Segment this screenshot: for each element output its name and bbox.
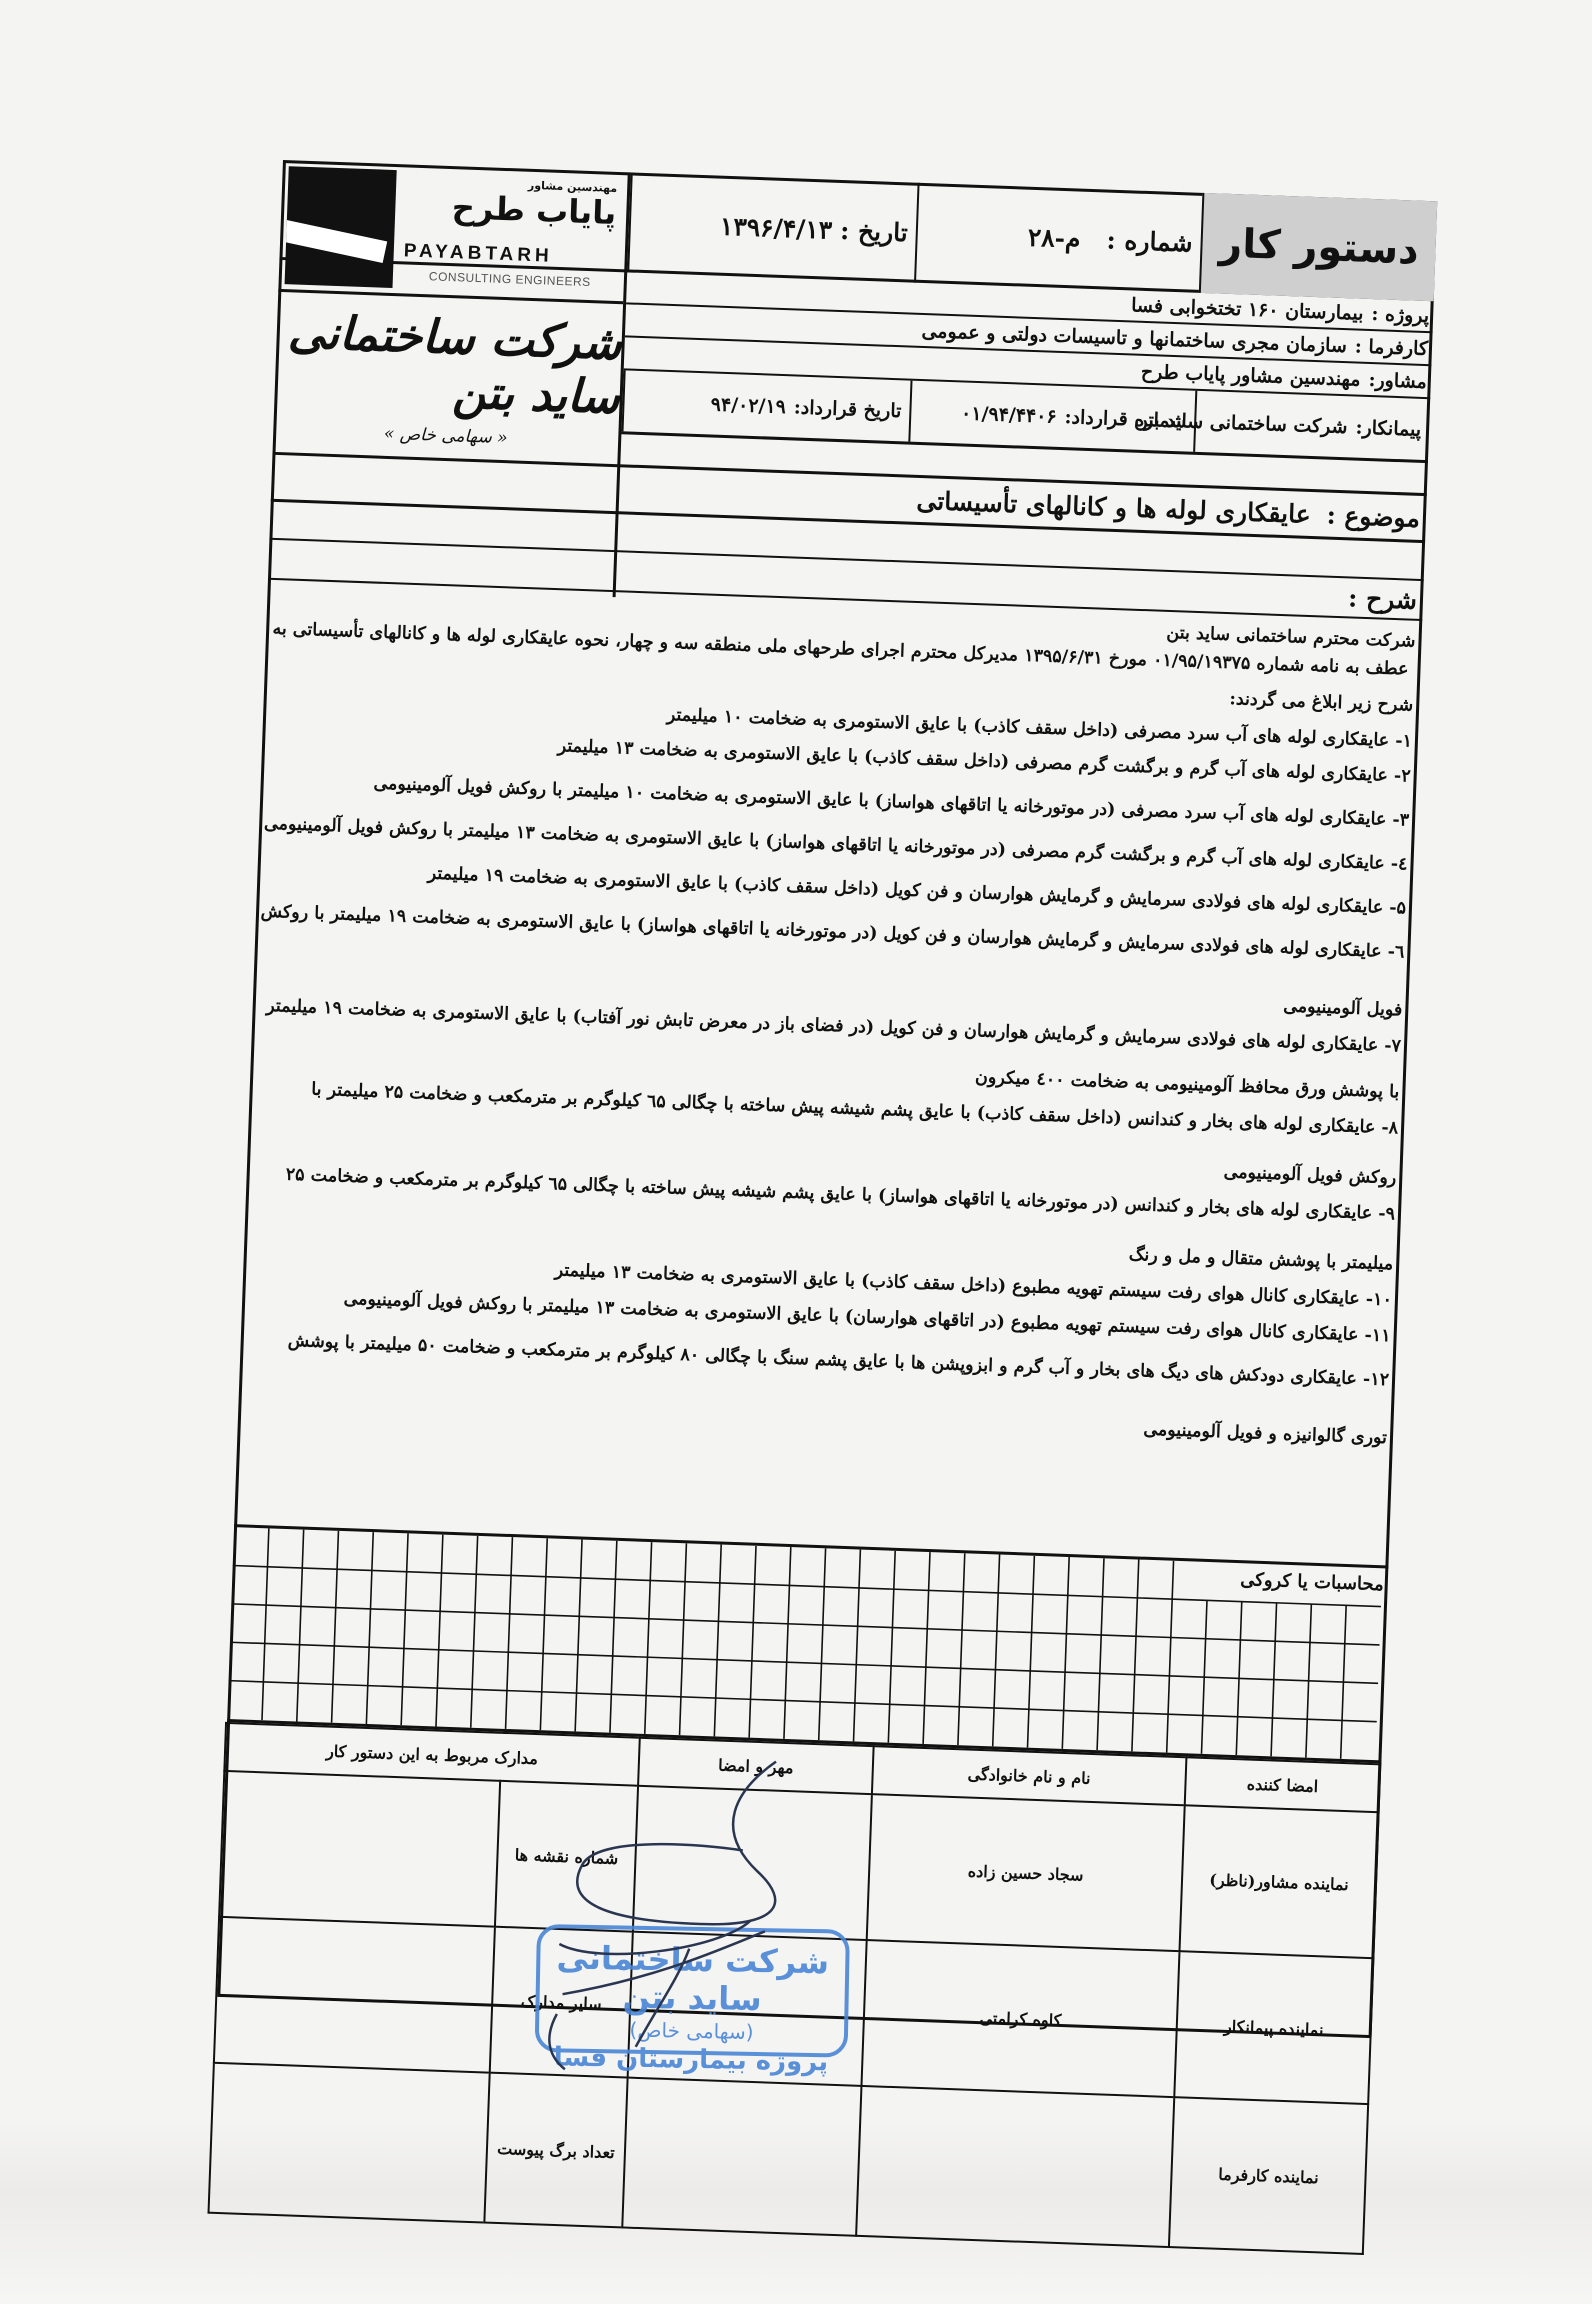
title-text: دستور کار — [1219, 221, 1420, 274]
contract-number-label: شماره قرارداد: — [1064, 406, 1186, 432]
signer-role: نماینده کارفرما — [1169, 2097, 1368, 2254]
payabtarh-logo-icon — [285, 166, 397, 288]
signature-table: امضا کننده نام و نام خانوادگی مهر و امضا… — [209, 1722, 1381, 2255]
document-value[interactable] — [219, 1771, 500, 1927]
signer-role: نماینده پیمانکار — [1174, 1951, 1373, 2104]
order-date-cell: تاریخ : ۱۳۹۶/۴/۱۳ — [627, 172, 917, 282]
document-title: دستور کار — [1199, 193, 1437, 301]
consultant-value: مهندسین مشاور پایاب طرح — [1141, 360, 1361, 390]
consultant-logo: مهندسین مشاور پایاب طرح PAYABTARH CONSUL… — [278, 160, 628, 304]
company-stamp: شرکت ساختمانی ساید بتن (سهامی خاص) پروژه… — [535, 1924, 850, 2058]
contractor-logo-sub: « سهامی خاص » — [384, 424, 508, 448]
number-value: م-۲۸ — [1027, 222, 1081, 253]
grid-lines — [227, 1527, 1382, 1760]
contractor-label: پیمانکار: — [1355, 416, 1421, 440]
contractor-cell: پیمانکار: شرکت ساختمانی ساید بتن — [1193, 391, 1430, 460]
document-label: تعداد برگ پیوست — [484, 2073, 627, 2228]
contract-date-label: تاریخ قرارداد: — [793, 396, 901, 422]
consultant-logo-fa: پایاب طرح — [451, 188, 617, 232]
signer-name: کاوه کرامتی — [861, 1940, 1179, 2097]
signer-name — [856, 2086, 1174, 2247]
contract-date-cell: تاریخ قرارداد: ۹۴/۰۲/۱۹ — [622, 370, 911, 441]
date-label: تاریخ : — [840, 215, 909, 246]
subject-label: موضوع : — [1326, 500, 1420, 532]
stamp-line-3: پروژه بیمارستان فسا — [538, 2042, 843, 2078]
header-signer: امضا کننده — [1185, 1757, 1381, 1812]
number-label: شماره : — [1106, 225, 1193, 257]
stamp-line-2: (سهامی خاص) — [539, 2016, 844, 2046]
document-value[interactable] — [214, 1917, 495, 2073]
signer-role: نماینده مشاور(ناظر) — [1179, 1805, 1378, 1958]
seal-cell — [633, 1786, 872, 1940]
header-seal: مهر و امضا — [638, 1738, 874, 1794]
stamp-line-1: شرکت ساختمانی ساید بتن — [539, 1938, 845, 2020]
project-value: بیمارستان ۱۶۰ تختخوابی فسا — [1131, 294, 1364, 324]
contract-date-value: ۹۴/۰۲/۱۹ — [710, 393, 786, 418]
description-body: شرکت محترم ساختمانی ساید بتن عطف به نامه… — [244, 588, 1416, 1461]
order-number-cell: شماره : م-۲۸ — [914, 183, 1202, 293]
contractor-logo-name: شرکت ساختمانی ساید بتن — [274, 304, 623, 424]
document-label: شماره نقشه ها — [495, 1781, 638, 1932]
consultant-label: مشاور: — [1368, 368, 1427, 392]
contract-number-cell: شماره قرارداد: ۰۱/۹۴/۴۴۰۶ — [908, 381, 1195, 452]
subject-value: عایقکاری لوله ها و کانالهای تأسیساتی — [916, 485, 1311, 528]
contractor-logo: شرکت ساختمانی ساید بتن « سهامی خاص » — [273, 292, 624, 464]
consultant-logo-tagline: CONSULTING ENGINEERS — [429, 269, 591, 289]
date-value: ۱۳۹۶/۴/۱۳ — [719, 211, 832, 244]
signer-name: سجاد حسین زاده — [867, 1794, 1185, 1951]
document-value[interactable] — [209, 2063, 490, 2223]
seal-cell — [622, 2078, 861, 2236]
description-label: شرح : — [1348, 583, 1418, 614]
employer-label: کارفرما : — [1354, 335, 1428, 360]
consultant-logo-en: PAYABTARH — [403, 240, 553, 267]
work-order-form: دستور کار شماره : م-۲۸ تاریخ : ۱۳۹۶/۴/۱۳… — [217, 160, 1437, 2038]
contract-number-value: ۰۱/۹۴/۴۴۰۶ — [961, 402, 1057, 427]
project-label: پروژه : — [1371, 303, 1429, 327]
